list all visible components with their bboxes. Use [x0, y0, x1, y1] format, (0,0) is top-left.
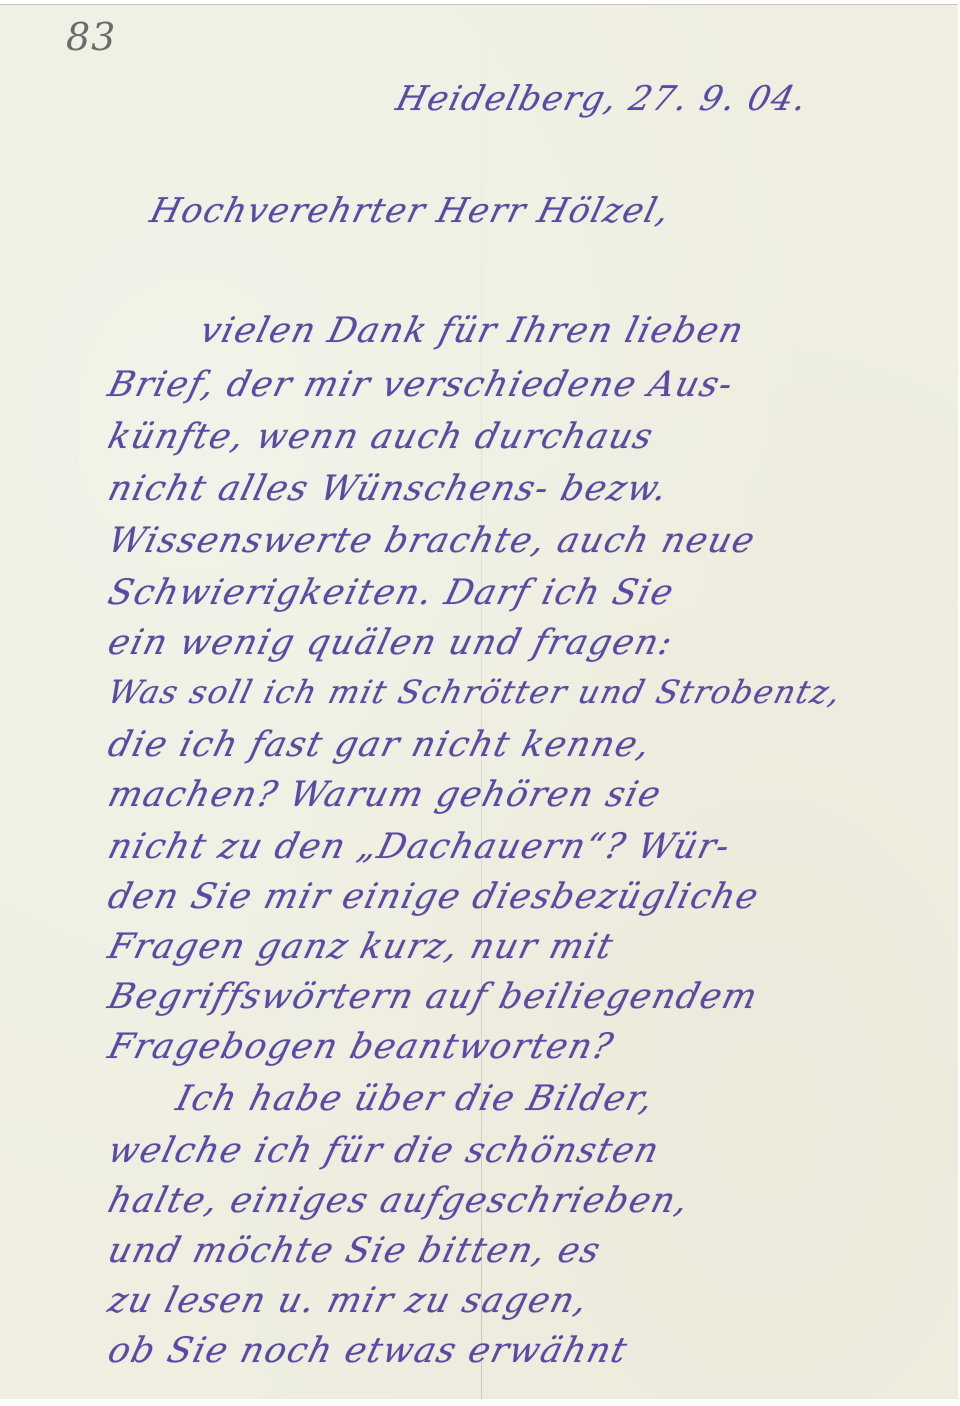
letter-page: 83 Heidelberg, 27. 9. 04. Hochverehrter … [0, 4, 958, 1399]
place-date-line: Heidelberg, 27. 9. 04. [392, 79, 812, 119]
letter-line: Wissenswerte brachte, auch neue [104, 521, 760, 561]
letter-line: den Sie mir einige diesbezügliche [104, 877, 763, 917]
letter-line: Begriffswörtern auf beiliegendem [104, 977, 762, 1017]
letter-line: Was soll ich mit Schrötter und Strobentz… [104, 673, 846, 711]
letter-line: Fragebogen beantworten? [104, 1027, 618, 1067]
letter-line: die ich fast gar nicht kenne, [104, 725, 655, 765]
letter-line: ob Sie noch etwas erwähnt [104, 1331, 632, 1371]
letter-line: zu lesen u. mir zu sagen, [104, 1281, 593, 1321]
letter-line: halte, einiges aufgeschrieben, [104, 1181, 693, 1221]
letter-line: welche ich für die schönsten [104, 1131, 664, 1171]
letter-line: vielen Dank für Ihren lieben [196, 311, 749, 351]
salutation: Hochverehrter Herr Hölzel, [146, 191, 675, 231]
folio-number: 83 [66, 15, 116, 59]
letter-line: Fragen ganz kurz, nur mit [104, 927, 618, 967]
letter-line: Ich habe über die Bilder, [172, 1079, 658, 1119]
letter-line: ein wenig quälen und fragen: [104, 623, 677, 663]
letter-line: nicht alles Wünschens- bezw. [104, 469, 673, 509]
letter-line: und möchte Sie bitten, es [104, 1231, 605, 1271]
letter-line: nicht zu den „Dachauern“? Wür- [104, 827, 735, 867]
letter-line: machen? Warum gehören sie [104, 775, 666, 815]
letter-line: Schwierigkeiten. Darf ich Sie [104, 573, 679, 613]
letter-line: Brief, der mir verschiedene Aus- [104, 365, 738, 405]
letter-line: künfte, wenn auch durchaus [104, 417, 658, 457]
